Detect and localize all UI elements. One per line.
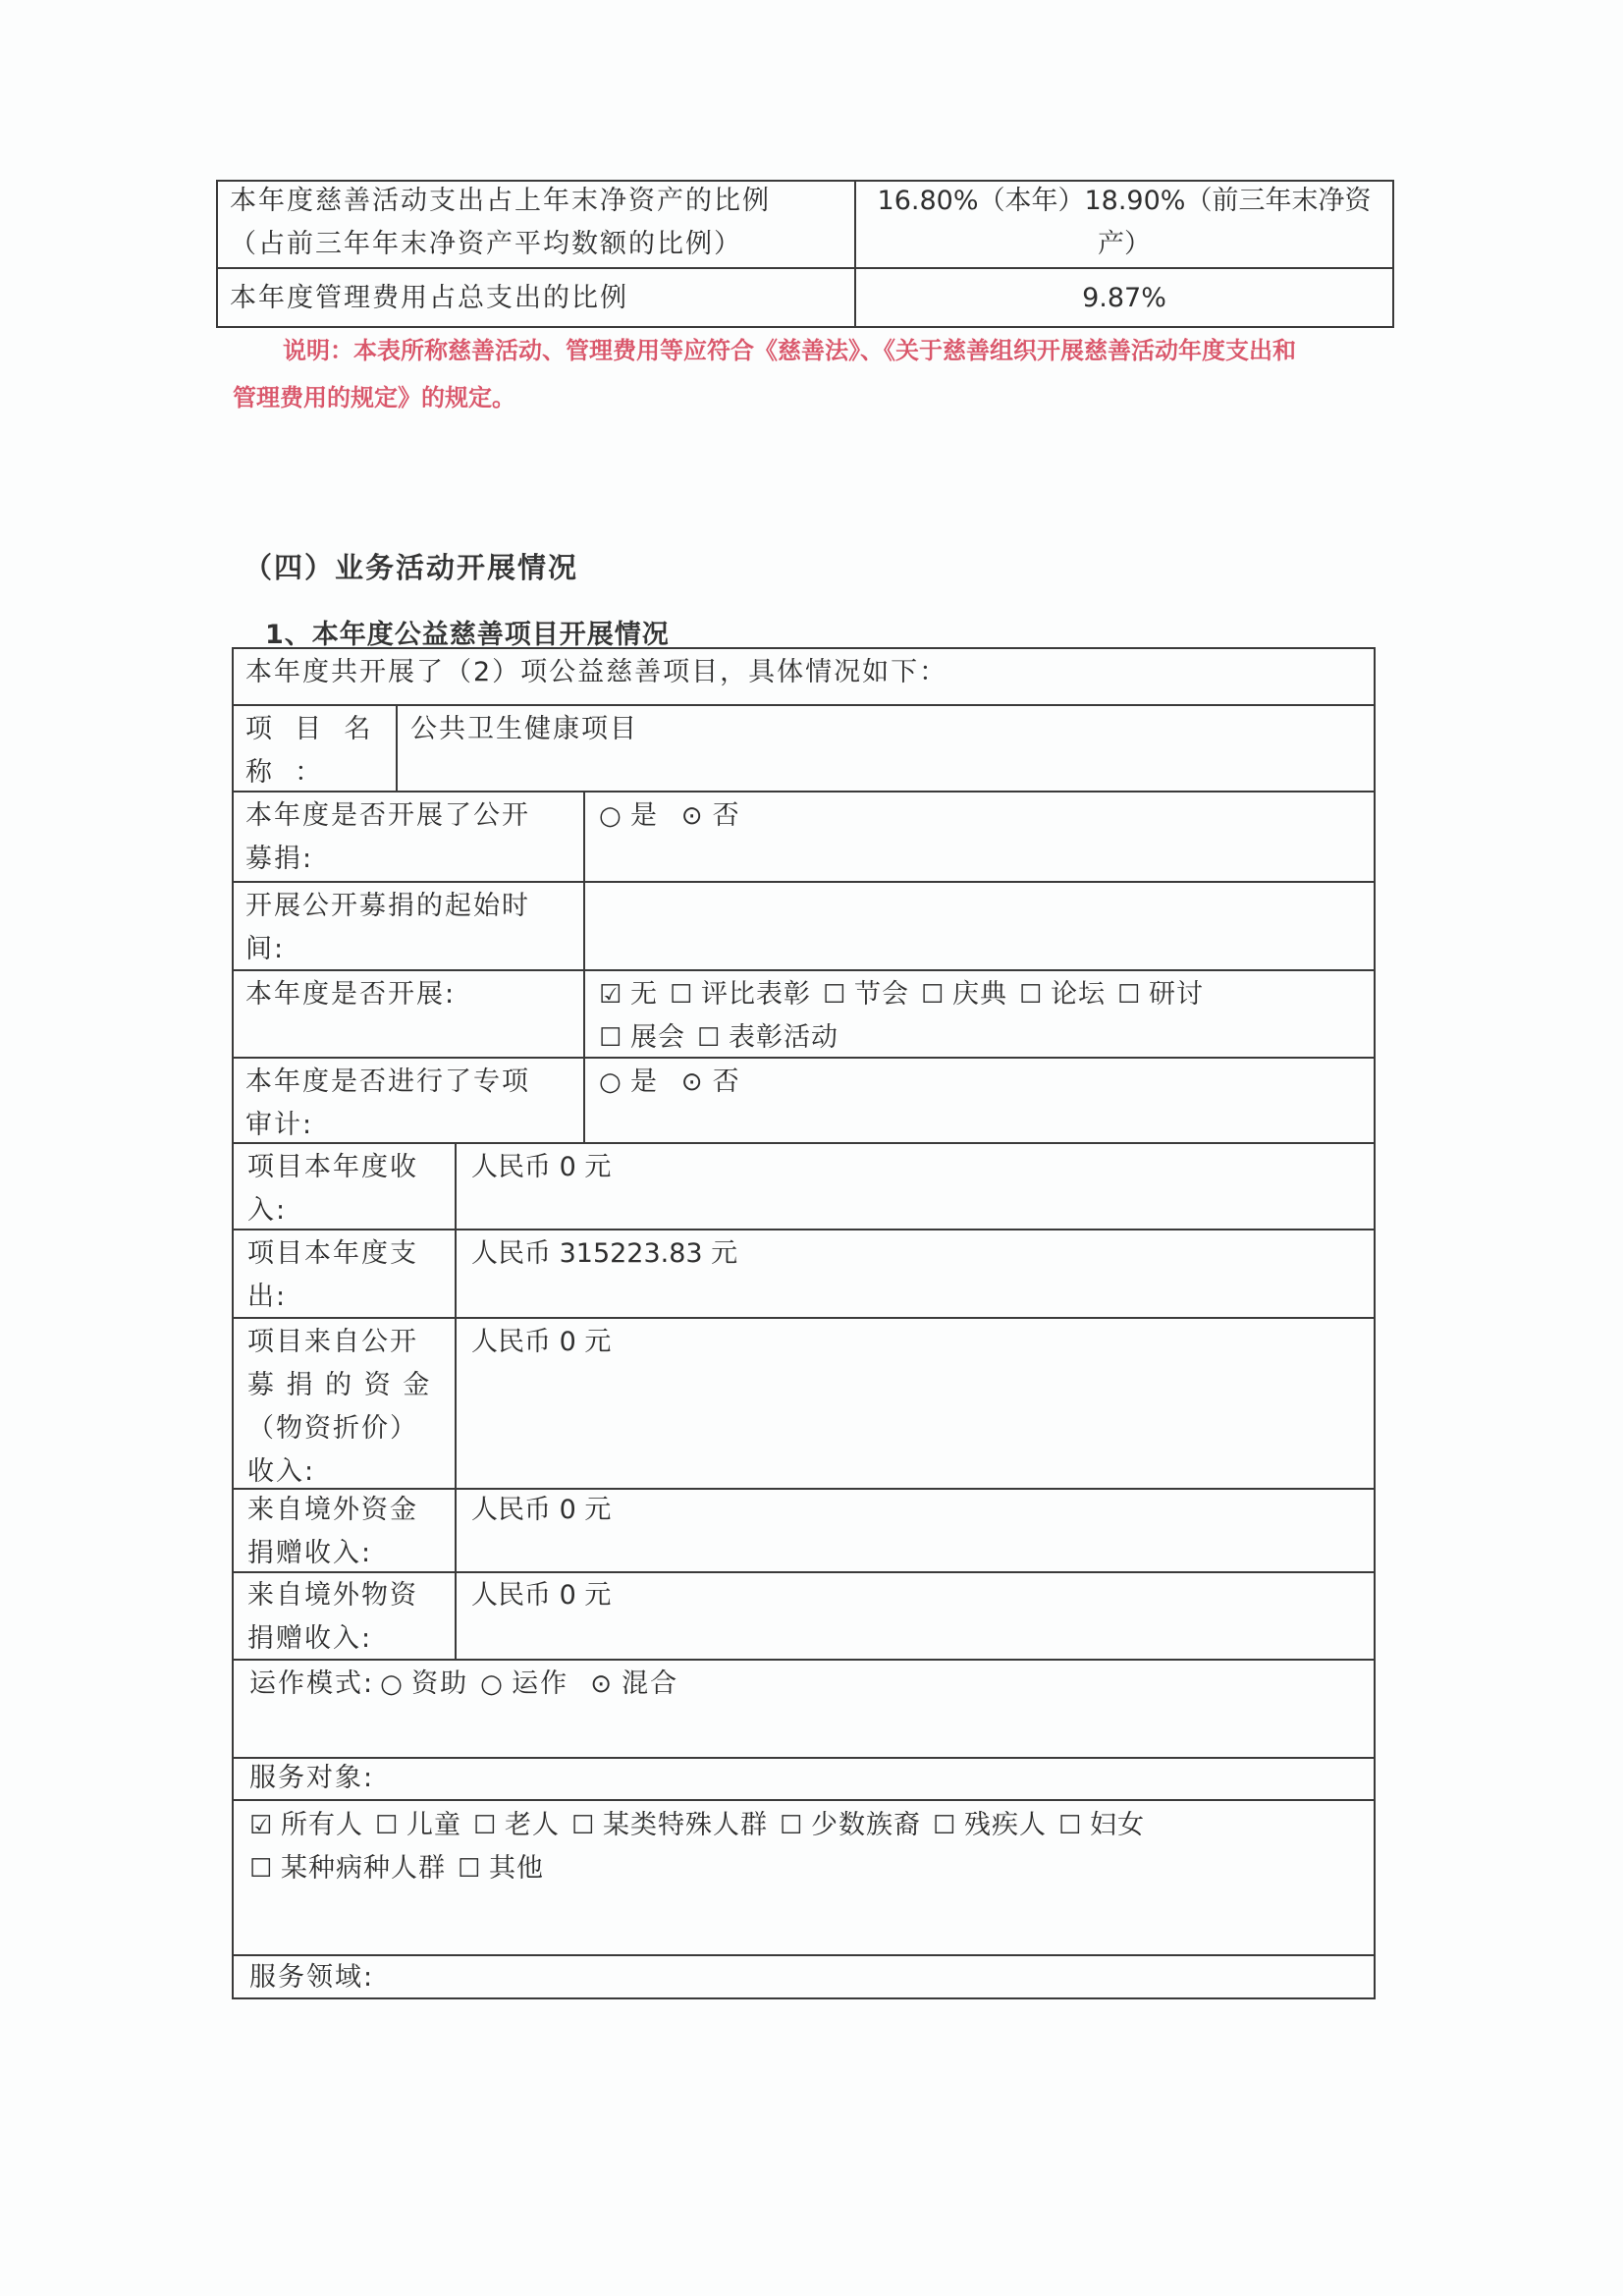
checkbox-empty-icon: ☐: [1058, 1804, 1082, 1847]
checkbox-empty-icon: ☐: [375, 1804, 399, 1847]
project-name-label: 项 目 名 称 ：: [245, 708, 389, 794]
checkbox-checked-icon: ☑: [599, 973, 622, 1016]
expense-label: 项目本年度支 出:: [247, 1232, 418, 1319]
checkbox-empty-icon: ☐: [571, 1804, 595, 1847]
note-line-2: 管理费用的规定》的规定。: [233, 375, 515, 420]
fundraising-start-label: 开展公开募捐的起始时 间:: [245, 885, 530, 971]
income-value: 人民币 0 元: [471, 1146, 611, 1189]
special-audit-yes-radio[interactable]: ○是: [599, 1061, 659, 1104]
ratio-label-admin-expense: 本年度管理费用占总支出的比例: [230, 277, 848, 320]
target-elderly-checkbox[interactable]: ☐老人: [473, 1804, 560, 1847]
operation-mode-grant-radio[interactable]: ○资助: [380, 1663, 468, 1706]
service-targets-label: 服务对象:: [249, 1757, 374, 1800]
public-fundraising-label: 本年度是否开展了公开 募捐:: [245, 794, 530, 881]
ratio-value-admin-expense: 9.87%: [856, 277, 1392, 320]
target-everyone-checkbox[interactable]: ☑所有人: [249, 1804, 363, 1847]
row-divider: [232, 1954, 1376, 1956]
target-children-checkbox[interactable]: ☐儿童: [375, 1804, 461, 1847]
checkbox-checked-icon: ☑: [249, 1804, 273, 1847]
activity-commendation-checkbox[interactable]: ☐表彰活动: [697, 1016, 839, 1060]
target-other-checkbox[interactable]: ☐其他: [458, 1847, 544, 1890]
radio-empty-icon: ○: [599, 1061, 622, 1104]
activity-seminar-checkbox[interactable]: ☐研讨: [1117, 973, 1204, 1016]
radio-empty-icon: ○: [380, 1663, 404, 1706]
overseas-funds-label: 来自境外资金 捐赠收入:: [247, 1489, 418, 1575]
target-special-group-checkbox[interactable]: ☐某类特殊人群: [571, 1804, 768, 1847]
income-label: 项目本年度收 入:: [247, 1146, 418, 1232]
service-targets-options: ☑所有人☐儿童☐老人☐某类特殊人群☐少数族裔☐残疾人☐妇女☐某种病种人群☐其他: [249, 1804, 1369, 1890]
overseas-goods-label: 来自境外物资 捐赠收入:: [247, 1574, 418, 1661]
checkbox-empty-icon: ☐: [823, 973, 846, 1016]
special-audit-no-radio[interactable]: ⊙否: [681, 1061, 741, 1104]
target-women-checkbox[interactable]: ☐妇女: [1058, 1804, 1145, 1847]
row-divider: [232, 791, 1376, 793]
checkbox-empty-icon: ☐: [473, 1804, 497, 1847]
activity-none-checkbox[interactable]: ☑无: [599, 973, 658, 1016]
operation-mode-label: 运作模式:: [249, 1668, 374, 1699]
col-divider-money: [455, 1142, 457, 1659]
ratio-label-charity-expense: 本年度慈善活动支出占上年末净资产的比例 （占前三年年末净资产平均数额的比例）: [230, 180, 848, 266]
checkbox-empty-icon: ☐: [933, 1804, 956, 1847]
checkbox-empty-icon: ☐: [1019, 973, 1043, 1016]
special-audit-label: 本年度是否进行了专项 审计:: [245, 1061, 530, 1147]
section-subtitle: 1、本年度公益慈善项目开展情况: [265, 613, 670, 651]
activities-label: 本年度是否开展:: [245, 973, 456, 1016]
checkbox-empty-icon: ☐: [1117, 973, 1141, 1016]
activity-forum-checkbox[interactable]: ☐论坛: [1019, 973, 1106, 1016]
activity-celebration-checkbox[interactable]: ☐庆典: [921, 973, 1007, 1016]
expense-value: 人民币 315223.83 元: [471, 1232, 737, 1276]
target-disease-group-checkbox[interactable]: ☐某种病种人群: [249, 1847, 446, 1890]
radio-selected-icon: ⊙: [590, 1663, 614, 1706]
checkbox-empty-icon: ☐: [599, 1016, 622, 1060]
checkbox-empty-icon: ☐: [670, 973, 693, 1016]
row-divider: [232, 881, 1376, 883]
target-minorities-checkbox[interactable]: ☐少数族裔: [780, 1804, 921, 1847]
radio-selected-icon: ⊙: [681, 1061, 705, 1104]
project-name-value: 公共卫生健康项目: [410, 708, 638, 751]
note-line-1: 说明：本表所称慈善活动、管理费用等应符合《慈善法》、《关于慈善组织开展慈善活动年…: [283, 328, 1296, 373]
target-disabled-checkbox[interactable]: ☐残疾人: [933, 1804, 1047, 1847]
radio-empty-icon: ○: [599, 794, 622, 838]
activity-exhibition-checkbox[interactable]: ☐展会: [599, 1016, 685, 1060]
activity-festival-checkbox[interactable]: ☐节会: [823, 973, 909, 1016]
checkbox-empty-icon: ☐: [921, 973, 945, 1016]
col-divider-status: [583, 791, 585, 1142]
ratio-value-charity-expense: 16.80%（本年）18.90%（前三年末净资 产）: [856, 180, 1392, 266]
fundraising-start-value[interactable]: [599, 885, 1365, 967]
checkbox-empty-icon: ☐: [697, 1016, 721, 1060]
special-audit-options: ○是 ⊙否: [599, 1061, 753, 1104]
public-fundraising-yes-radio[interactable]: ○是: [599, 794, 659, 838]
activity-awards-checkbox[interactable]: ☐评比表彰: [670, 973, 811, 1016]
operation-mode-mixed-radio[interactable]: ⊙混合: [590, 1663, 678, 1706]
row-divider: [232, 704, 1376, 706]
service-field-label: 服务领域:: [249, 1956, 374, 1999]
section-title: （四）业务活动开展情况: [243, 546, 578, 586]
row-divider: [232, 1757, 1376, 1759]
operation-mode-operate-radio[interactable]: ○运作: [480, 1663, 568, 1706]
checkbox-empty-icon: ☐: [458, 1847, 481, 1890]
radio-empty-icon: ○: [480, 1663, 504, 1706]
row-divider: [232, 1799, 1376, 1801]
ratio-table-row-divider: [216, 267, 1394, 269]
overseas-goods-value: 人民币 0 元: [471, 1574, 611, 1617]
checkbox-empty-icon: ☐: [249, 1847, 273, 1890]
public-fundraising-options: ○是 ⊙否: [599, 794, 753, 838]
overseas-funds-value: 人民币 0 元: [471, 1489, 611, 1532]
public-fundraising-no-radio[interactable]: ⊙否: [681, 794, 741, 838]
public-funds-value: 人民币 0 元: [471, 1321, 611, 1364]
radio-selected-icon: ⊙: [681, 794, 705, 838]
operation-mode-row: 运作模式:○资助○运作⊙混合: [249, 1663, 690, 1706]
public-funds-label: 项目来自公开 募 捐 的 资 金 （物资折价） 收入:: [247, 1321, 431, 1494]
activities-options: ☑无☐评比表彰☐节会☐庆典☐论坛☐研讨☐展会☐表彰活动: [599, 973, 1375, 1060]
col-divider-name: [396, 704, 398, 791]
checkbox-empty-icon: ☐: [780, 1804, 803, 1847]
project-count-summary: 本年度共开展了（2）项公益慈善项目，具体情况如下：: [245, 651, 947, 694]
